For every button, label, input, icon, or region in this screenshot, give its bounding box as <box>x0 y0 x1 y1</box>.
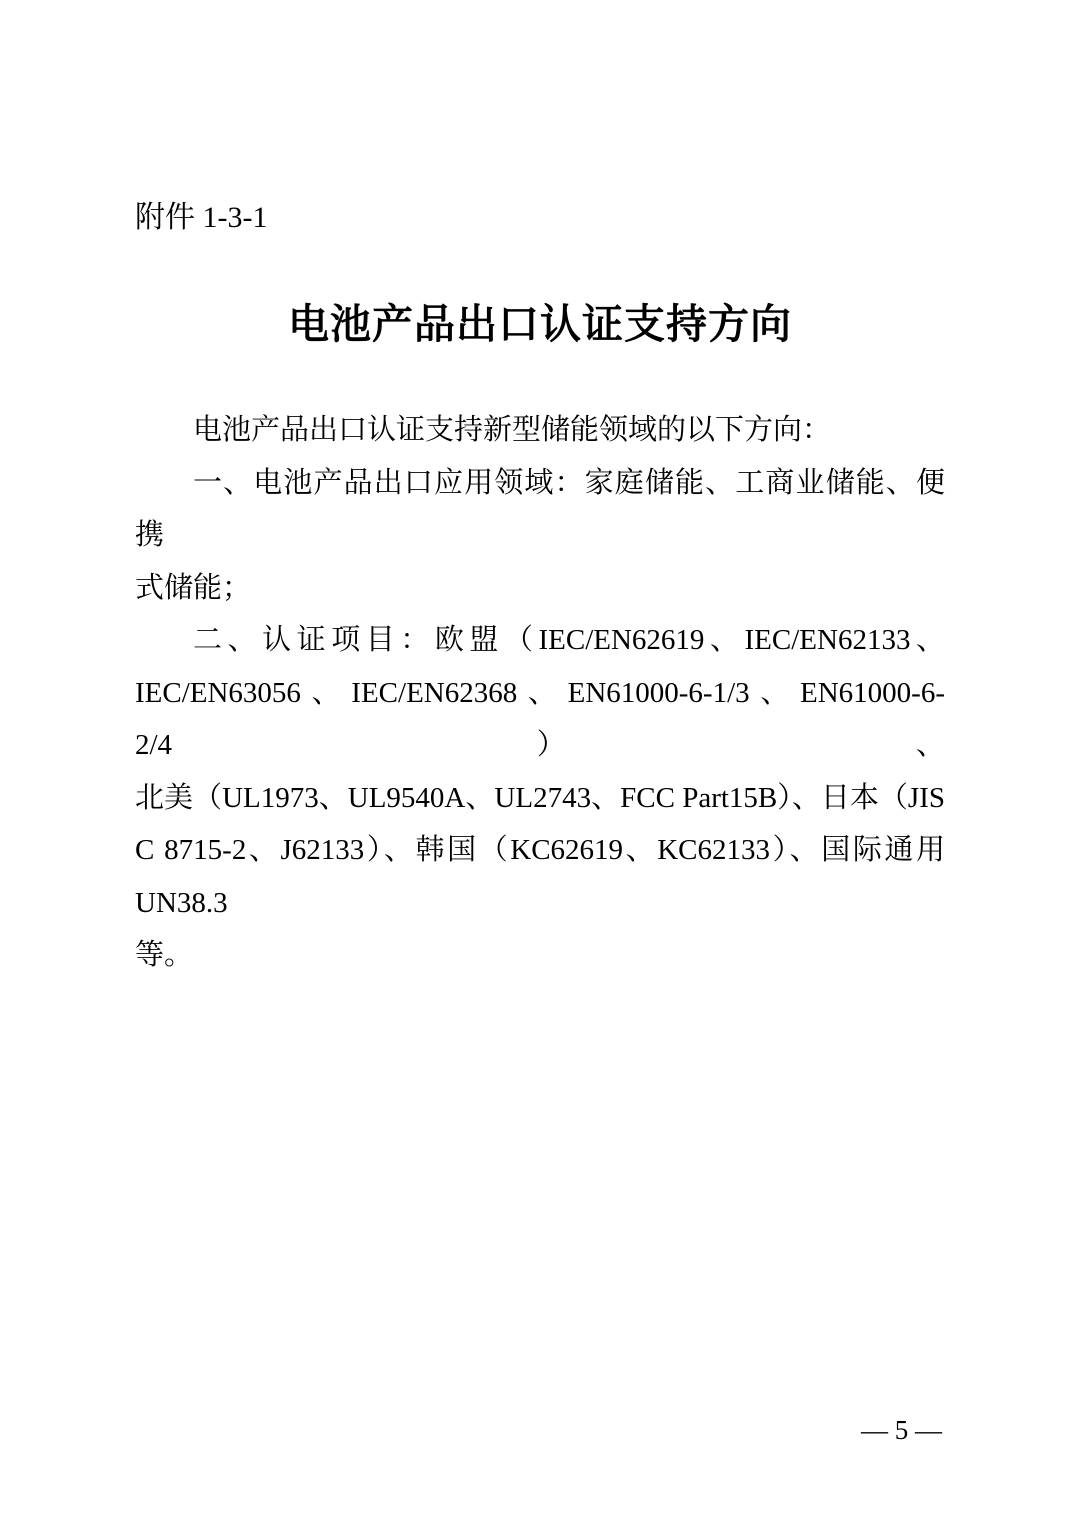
body-line: 北美（UL1973、UL9540A、UL2743、FCC Part15B）、日本… <box>135 772 945 825</box>
body-line: 二、认证项目：欧盟（IEC/EN62619、IEC/EN62133、 <box>135 614 945 667</box>
document-page: 附件 1-3-1 电池产品出口认证支持方向 电池产品出口认证支持新型储能领域的以… <box>0 0 1080 1528</box>
page-title: 电池产品出口认证支持方向 <box>0 294 1080 354</box>
attachment-label: 附件 1-3-1 <box>135 196 267 240</box>
body-line: 式储能； <box>135 562 945 615</box>
body-line: 电池产品出口认证支持新型储能领域的以下方向： <box>135 404 945 457</box>
body-line: 等。 <box>135 929 945 982</box>
document-body: 电池产品出口认证支持新型储能领域的以下方向：一、电池产品出口应用领域：家庭储能、… <box>135 404 945 982</box>
body-line: C 8715-2、J62133）、韩国（KC62619、KC62133）、国际通… <box>135 824 945 929</box>
body-line: 一、电池产品出口应用领域：家庭储能、工商业储能、便携 <box>135 457 945 562</box>
body-line: IEC/EN63056、IEC/EN62368、EN61000-6-1/3、EN… <box>135 667 945 772</box>
page-number: — 5 — <box>861 1410 942 1450</box>
